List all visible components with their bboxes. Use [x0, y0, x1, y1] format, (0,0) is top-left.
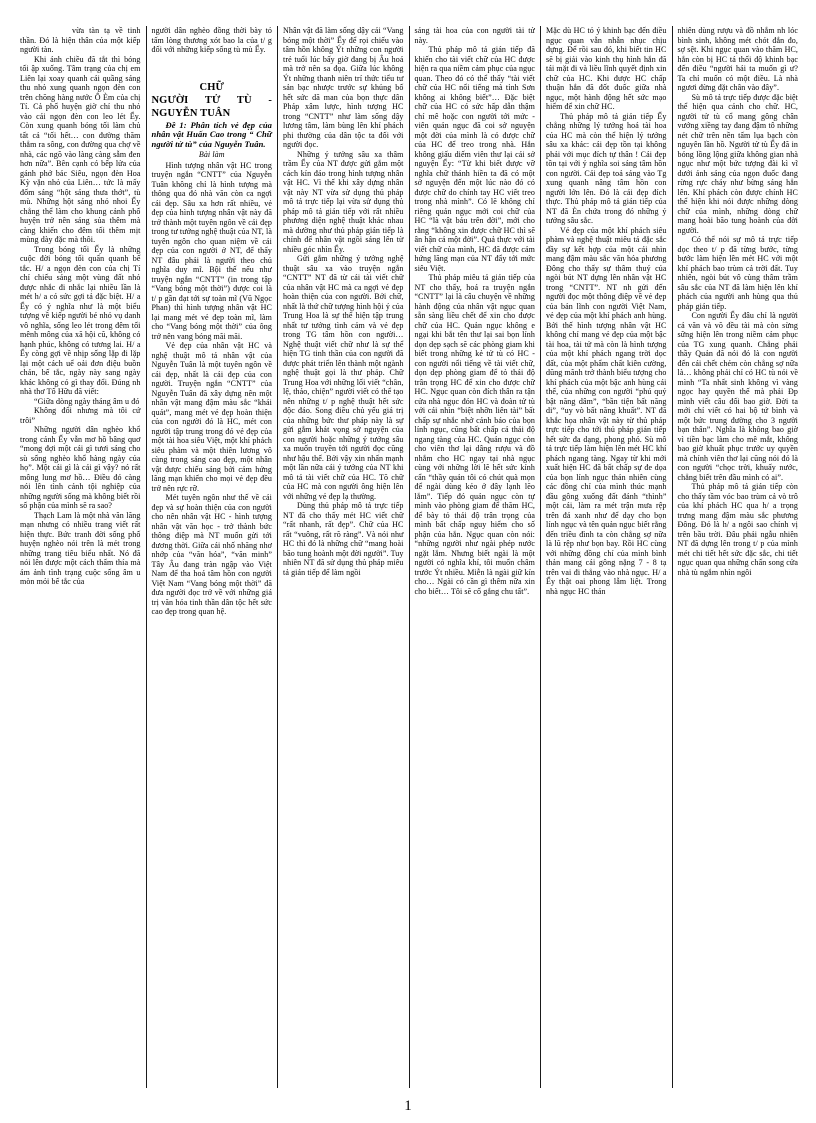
paragraph: Hình tượng nhân vật HC trong truyện ngắn…: [152, 161, 273, 342]
paragraph: Mặc dù HC tỏ ý khinh bạc đến điều ngục q…: [546, 26, 667, 112]
essay-title: CHỮ: [152, 81, 273, 94]
document-page: vừa tàn tạ về tinh thần. Đó là hiện thân…: [0, 0, 816, 1123]
paragraph: Nhân vật đã làm sống dậy cái “Vang bóng …: [283, 26, 404, 150]
paragraph: Những người dân nghèo khổ trong cảnh Ểy …: [20, 425, 141, 511]
column-1: vừa tàn tạ về tinh thần. Đó là hiện thân…: [20, 26, 146, 1088]
paragraph: Không đổi nhưng mà tôi cứ trôi”: [20, 406, 141, 425]
column-6: nhiên dùng rượu và đồ nhắm nh lóc bình s…: [672, 26, 799, 1088]
paragraph: “Giữa dòng ngày tháng âm u đó: [20, 397, 141, 407]
essay-title: NGƯỜI TỬ TÙ - NGUYỄN TUÂN: [152, 94, 273, 120]
paragraph: Những ý tưởng sâu xa thâm trầm Ểy của NT…: [283, 150, 404, 255]
paragraph: Con người Ểy đâu chỉ là người cả văn và …: [678, 311, 799, 482]
column-2: người dân nghèo đồng thời bày tỏ tấm lòn…: [146, 26, 278, 1088]
text-columns: vừa tàn tạ về tinh thần. Đó là hiện thân…: [20, 26, 798, 1088]
paragraph: người dân nghèo đồng thời bày tỏ tấm lòn…: [152, 26, 273, 55]
column-3: Nhân vật đã làm sống dậy cái “Vang bóng …: [277, 26, 409, 1088]
paragraph: Thủ pháp mô tả gián tiếp còn cho thấy tầ…: [678, 482, 799, 577]
paragraph: Trong bóng tối Ểy là những cuộc đời bóng…: [20, 245, 141, 397]
essay-prompt: Đề 1: Phân tích vẻ đẹp của nhân vật Huấn…: [152, 121, 273, 150]
paragraph: Vẻ đẹp của một khí phách siêu phàm và ng…: [546, 226, 667, 597]
paragraph: Thủ pháp mô tả gián tiếp đã khiến cho tà…: [415, 45, 536, 273]
paragraph: Gửi gắm những ý tưởng nghệ thuật sâu xa …: [283, 254, 404, 501]
paragraph: Thủ pháp mô tả gián tiếp Ểy chẳng những …: [546, 112, 667, 226]
paragraph: Mét tuyên ngôn như thế về cái đẹp và sự …: [152, 493, 273, 617]
paragraph: Khi ánh chiều đã tắt thì bóng tối ập xuố…: [20, 55, 141, 245]
paragraph: Vẻ đẹp của nhân vật HC và nghệ thuật mô …: [152, 341, 273, 493]
column-5: Mặc dù HC tỏ ý khinh bạc đến điều ngục q…: [540, 26, 672, 1088]
paragraph: Sù mô tả trực tiếp được đặc biệt thể hiệ…: [678, 93, 799, 236]
paragraph: Thạch Lam là một nhà văn lãng mạn nhưng …: [20, 511, 141, 587]
column-4: sáng tài hoa của con người tài tử này.Th…: [409, 26, 541, 1088]
paragraph: vừa tàn tạ về tinh thần. Đó là hiện thân…: [20, 26, 141, 55]
paragraph: sáng tài hoa của con người tài tử này.: [415, 26, 536, 45]
byline: Bài làm: [152, 150, 273, 160]
paragraph: Có thể nói sự mô tả trực tiếp dọc theo t…: [678, 235, 799, 311]
paragraph: Dùng thủ pháp mô tả trực tiếp NT đã cho …: [283, 501, 404, 577]
paragraph: nhiên dùng rượu và đồ nhắm nh lóc bình s…: [678, 26, 799, 93]
page-number: 1: [0, 1098, 816, 1115]
paragraph: Thủ pháp miêu tả gián tiếp của NT cho th…: [415, 273, 536, 596]
